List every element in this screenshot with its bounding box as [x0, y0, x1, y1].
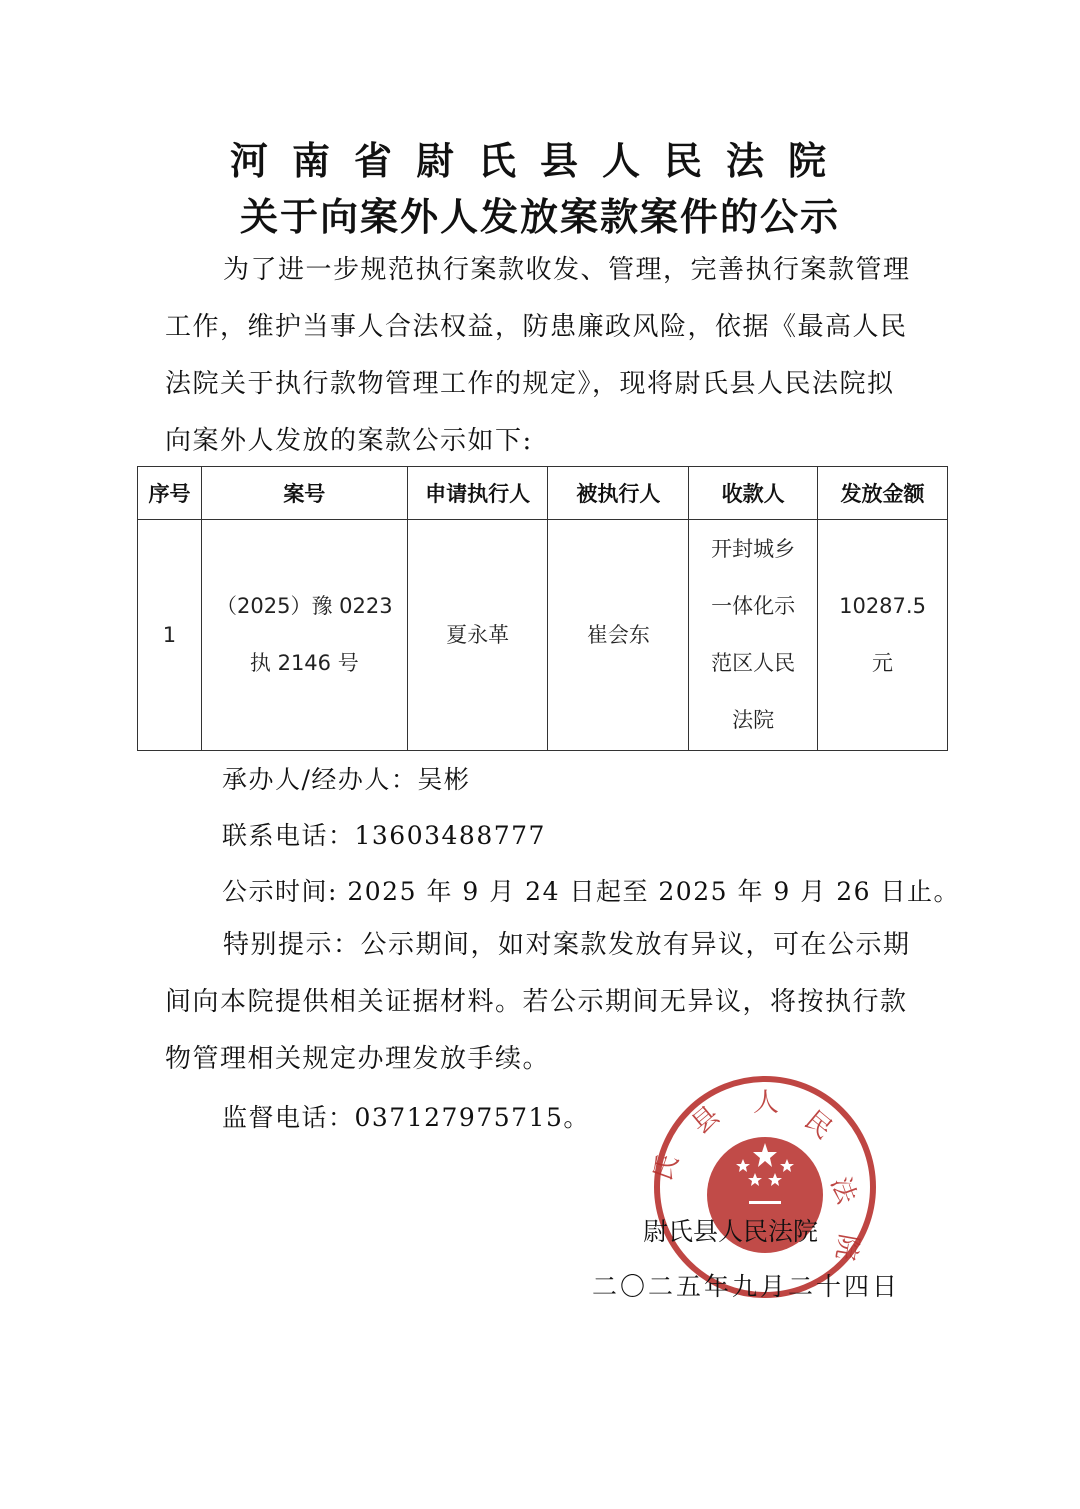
header-respondent: 被执行人 — [548, 467, 689, 520]
intro-paragraph: 为了进一步规范执行案款收发、管理，完善执行案款管理工作，维护当事人合法权益，防患… — [165, 242, 920, 470]
signature-court: 尉氏县人民法院 — [0, 1212, 1080, 1248]
publicity-period-line: 公示时间: 2025 年 9 月 24 日起至 2025 年 9 月 26 日止… — [222, 872, 960, 908]
case-no-line2: 执 2146 号 — [203, 635, 406, 692]
svg-text:人: 人 — [753, 1088, 779, 1118]
header-applicant: 申请执行人 — [407, 467, 548, 520]
cell-case-no: （2025）豫 0223 执 2146 号 — [201, 520, 407, 751]
signature-date: 二〇二五年九月二十四日 — [0, 1267, 1080, 1303]
cell-respondent: 崔会东 — [548, 520, 689, 751]
case-no-line1: （2025）豫 0223 — [203, 578, 406, 635]
table-header-row: 序号 案号 申请执行人 被执行人 收款人 发放金额 — [138, 467, 948, 520]
cell-amount: 10287.5 元 — [818, 520, 948, 751]
contact-phone-line: 联系电话：13603488777 — [222, 816, 546, 852]
cell-payee: 开封城乡 一体化示 范区人民 法院 — [689, 520, 818, 751]
header-case-no: 案号 — [201, 467, 407, 520]
document-title-court: 河南省尉氏县人民法院 — [0, 130, 1080, 185]
payee-line: 开封城乡 — [690, 521, 816, 578]
amount-unit: 元 — [819, 635, 946, 692]
payee-line: 范区人民 — [690, 635, 816, 692]
cell-index: 1 — [138, 520, 202, 751]
payee-line: 法院 — [690, 692, 816, 749]
payment-table: 序号 案号 申请执行人 被执行人 收款人 发放金额 1 （2025）豫 0223… — [137, 466, 948, 751]
special-notice-paragraph: 特别提示：公示期间，如对案款发放有异议，可在公示期间向本院提供相关证据材料。若公… — [165, 917, 920, 1088]
svg-text:法: 法 — [824, 1173, 861, 1209]
payee-line: 一体化示 — [690, 578, 816, 635]
amount-value: 10287.5 — [819, 578, 946, 635]
header-index: 序号 — [138, 467, 202, 520]
supervision-phone-line: 监督电话：037127975715。 — [222, 1098, 590, 1134]
cell-applicant: 夏永革 — [407, 520, 548, 751]
svg-text:民: 民 — [799, 1105, 838, 1145]
handler-line: 承办人/经办人：吴彬 — [222, 760, 470, 796]
header-payee: 收款人 — [689, 467, 818, 520]
header-amount: 发放金额 — [818, 467, 948, 520]
document-title-subject: 关于向案外人发放案款案件的公示 — [0, 186, 1080, 241]
table-row: 1 （2025）豫 0223 执 2146 号 夏永革 崔会东 开封城乡 一体化… — [138, 520, 948, 751]
